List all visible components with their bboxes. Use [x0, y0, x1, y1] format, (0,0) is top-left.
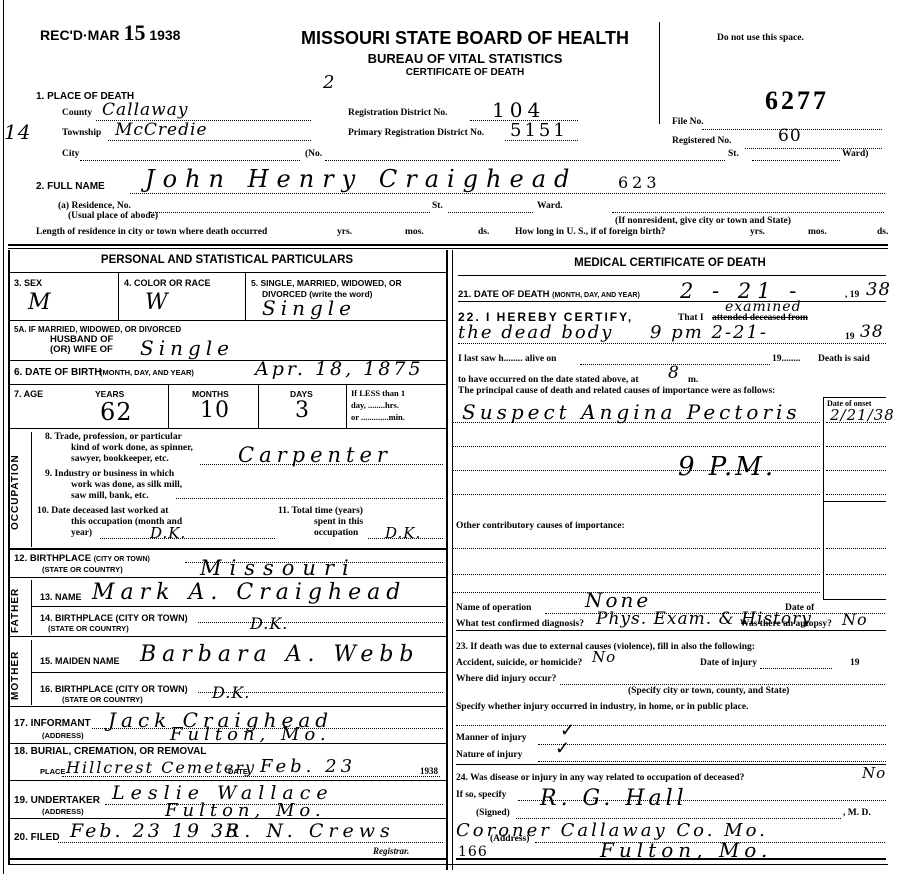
- where-injury-sublabel: (Specify city or town, county, and State…: [628, 686, 789, 696]
- stamp-day: 15: [123, 20, 145, 45]
- filed-date-value[interactable]: Feb. 23 19 38: [70, 820, 241, 842]
- burial-place-label: PLACE: [40, 767, 65, 776]
- certify-century: 19: [845, 332, 855, 342]
- autopsy-label: Was there an autopsy?: [740, 619, 832, 629]
- days-value[interactable]: 3: [295, 398, 310, 423]
- accident-label: Accident, suicide, or homicide?: [456, 658, 582, 668]
- primary-district-label: Primary Registration District No.: [348, 128, 484, 138]
- undertaker-address-label: (ADDRESS): [42, 807, 84, 816]
- signed-label: (Signed): [476, 808, 510, 818]
- father-name-label: 13. NAME: [40, 592, 82, 602]
- date-of-death-century: , 19: [845, 290, 859, 300]
- nature-injury-label: Nature of injury: [456, 750, 522, 760]
- mother-side-label: MOTHER: [10, 645, 21, 705]
- months-value[interactable]: 10: [200, 398, 230, 423]
- trade-label: 8. Trade, profession, or particular kind…: [45, 432, 193, 465]
- address-label: (Address): [490, 834, 529, 844]
- city-st-label: St.: [728, 149, 739, 159]
- principal-cause-label: The principal cause of death and related…: [458, 386, 775, 396]
- mother-maiden-value[interactable]: Barbara A. Webb: [140, 642, 420, 667]
- race-value[interactable]: W: [145, 290, 169, 315]
- burial-label: 18. BURIAL, CREMATION, OR REMOVAL: [14, 746, 206, 757]
- occupation-related-value[interactable]: No: [862, 764, 886, 782]
- total-time-value[interactable]: D.K.: [385, 524, 421, 542]
- mother-birthplace-sublabel: (STATE OR COUNTRY): [62, 695, 143, 704]
- length-yrs-label: yrs.: [337, 227, 352, 237]
- certify-year[interactable]: 38: [860, 322, 884, 342]
- nature-check-icon: ✓: [555, 738, 571, 759]
- margin-note-top: 2: [323, 72, 335, 93]
- foreign-yrs-label: yrs.: [750, 227, 765, 237]
- occupation-related-label: 24. Was disease or injury in any way rel…: [456, 773, 744, 783]
- industry-label: 9. Industry or business in which work wa…: [45, 469, 182, 502]
- dob-sublabel: (MONTH, DAY, AND YEAR): [100, 368, 194, 377]
- registration-district-label: Registration District No.: [348, 108, 447, 118]
- mother-birthplace-value[interactable]: D.K.: [212, 683, 250, 702]
- burial-date-value[interactable]: Feb. 23: [260, 756, 356, 777]
- certify-line2-value[interactable]: the dead body: [458, 322, 613, 343]
- residence-label: (a) Residence, No.: [58, 201, 131, 211]
- stamp-label: REC'D·MAR: [40, 27, 120, 43]
- primary-district-value[interactable]: 5151: [510, 120, 568, 141]
- county-label: County: [62, 108, 92, 118]
- informant-address-label: (ADDRESS): [42, 731, 84, 740]
- filed-label: 20. FILED: [14, 832, 60, 843]
- spouse-label: 5A. IF MARRIED, WIDOWED, OR DIVORCED: [14, 325, 181, 334]
- trade-label-line1: 8. Trade, profession, or particular: [45, 432, 193, 443]
- test-diagnosis-label: What test confirmed diagnosis?: [456, 619, 584, 629]
- spouse-wife-label: (OR) WIFE OF: [50, 344, 113, 355]
- registered-number-value[interactable]: 60: [778, 126, 802, 146]
- county-value[interactable]: Callaway: [102, 100, 188, 120]
- city-label: City: [62, 149, 79, 159]
- length-residence-label: Length of residence in city or town wher…: [36, 227, 267, 237]
- trade-value[interactable]: Carpenter: [238, 443, 392, 467]
- last-worked-line1: 10. Date deceased last worked at: [37, 506, 182, 517]
- page-left-border: [3, 0, 4, 874]
- sex-label: 3. SEX: [14, 278, 42, 288]
- full-name-annotation: 623: [618, 173, 661, 192]
- marital-status-value[interactable]: Single: [262, 296, 356, 320]
- nonresident-note: (If nonresident, give city or town and S…: [615, 216, 791, 226]
- spouse-value[interactable]: Single: [140, 336, 234, 360]
- autopsy-value[interactable]: No: [842, 610, 868, 629]
- occupation-side-label: OCCUPATION: [10, 440, 21, 545]
- burial-year: 1938: [420, 766, 438, 776]
- if-so-specify-label: If so, specify: [456, 790, 506, 800]
- principal-cause-value[interactable]: Suspect Angina Pectoris: [462, 400, 801, 424]
- manner-injury-label: Manner of injury: [456, 733, 527, 743]
- name-section-divider: [8, 244, 888, 246]
- header-divider: [659, 22, 660, 124]
- registered-number-label: Registered No.: [672, 136, 731, 146]
- date-of-death-label: 21. DATE OF DEATH (MONTH, DAY, AND YEAR): [458, 289, 640, 300]
- dob-label: 6. DATE OF BIRTH: [14, 367, 102, 378]
- birthplace-city-sublabel: (CITY OR TOWN): [94, 556, 150, 563]
- date-of-death-sublabel: (MONTH, DAY, AND YEAR): [552, 292, 640, 299]
- injury-year-label: 19: [850, 658, 860, 668]
- bureau-title: BUREAU OF VITAL STATISTICS: [270, 51, 660, 66]
- margin-note-left: 14: [4, 120, 31, 144]
- foreign-birth-label: How long in U. S., if of foreign birth?: [515, 227, 666, 237]
- occurred-label: to have occurred on the date stated abov…: [458, 375, 639, 385]
- received-stamp: REC'D·MAR 15 1938: [40, 20, 180, 46]
- full-name-value[interactable]: John Henry Craighead: [145, 165, 577, 193]
- length-ds-label: ds.: [478, 227, 489, 237]
- physician-signature[interactable]: R. G. Hall: [540, 786, 688, 811]
- less-than-label: If LESS than 1: [351, 388, 405, 398]
- foreign-ds-label: ds.: [877, 227, 888, 237]
- industry-label-line2: work was done, as silk mill,: [45, 480, 182, 491]
- trade-label-line2: kind of work done, as spinner,: [45, 443, 193, 454]
- residence-sublabel: (Usual place of abode): [68, 211, 158, 221]
- accident-value[interactable]: No: [592, 648, 616, 666]
- last-saw-century: 19........: [772, 354, 801, 364]
- registrar-label: Registrar.: [373, 846, 409, 856]
- total-time-label: 11. Total time (years) spent in this occ…: [278, 506, 363, 539]
- md-label: , M. D.: [843, 808, 871, 818]
- township-value[interactable]: McCredie: [115, 120, 208, 140]
- trade-label-line3: sawyer, bookkeeper, etc.: [45, 454, 193, 465]
- do-not-use-note: Do not use this space.: [717, 33, 804, 43]
- registrar-value[interactable]: R. N. Crews: [225, 820, 395, 842]
- occurred-value[interactable]: 8: [668, 363, 680, 383]
- column-divider: [446, 250, 448, 870]
- father-side-label: FATHER: [10, 585, 21, 635]
- township-label: Township: [62, 128, 101, 138]
- total-time-line2: spent in this: [278, 517, 363, 528]
- form-title: MISSOURI STATE BOARD OF HEALTH: [270, 28, 660, 49]
- mother-maiden-label: 15. MAIDEN NAME: [40, 656, 120, 666]
- birthplace-label: 12. BIRTHPLACE (CITY OR TOWN): [14, 553, 150, 564]
- marital-status-label: 5. SINGLE, MARRIED, WIDOWED, OR: [251, 278, 402, 288]
- less-than-hours: day, ........hrs.: [351, 400, 399, 410]
- father-name-value[interactable]: Mark A. Craighead: [92, 580, 406, 605]
- less-than-minutes: or .............min.: [351, 412, 405, 422]
- personal-section-title: PERSONAL AND STATISTICAL PARTICULARS: [8, 254, 446, 266]
- undertaker-label: 19. UNDERTAKER: [14, 795, 100, 806]
- injury-date-label: Date of injury: [700, 658, 757, 668]
- last-saw-label: I last saw h........ alive on: [458, 354, 556, 364]
- father-birthplace-label: 14. BIRTHPLACE (CITY OR TOWN): [40, 613, 188, 623]
- date-of-death-label-text: 21. DATE OF DEATH: [458, 289, 550, 300]
- mother-birthplace-label: 16. BIRTHPLACE (CITY OR TOWN): [40, 684, 188, 694]
- length-mos-label: mos.: [405, 227, 424, 237]
- medical-section-title: MEDICAL CERTIFICATE OF DEATH: [452, 257, 888, 269]
- informant-label: 17. INFORMANT: [14, 718, 91, 729]
- operation-label: Name of operation: [456, 603, 531, 613]
- race-label: 4. COLOR OR RACE: [124, 278, 211, 288]
- informant-address-value[interactable]: Fulton, Mo.: [170, 724, 331, 745]
- father-birthplace-value[interactable]: D.K.: [250, 614, 288, 633]
- file-number-label: File No.: [672, 117, 704, 127]
- stamp-year: 1938: [149, 27, 180, 43]
- death-said-label: Death is said: [818, 354, 870, 364]
- city-number-label: (No.: [305, 149, 322, 159]
- last-worked-value[interactable]: D.K.: [150, 524, 186, 542]
- where-injury-label: Where did injury occur?: [456, 674, 556, 684]
- cause-time-value[interactable]: 9 P.M.: [678, 452, 776, 482]
- father-birthplace-sublabel: (STATE OR COUNTRY): [48, 624, 129, 633]
- foreign-mos-label: mos.: [808, 227, 827, 237]
- certify-time-value[interactable]: 9 pm 2-21-: [650, 322, 768, 343]
- city-ward-label: Ward): [842, 149, 868, 159]
- age-label: 7. AGE: [14, 389, 43, 399]
- residence-st-label: St.: [432, 201, 443, 211]
- residence-ward-label: Ward.: [537, 201, 563, 211]
- total-time-line3: occupation: [278, 528, 363, 539]
- total-time-line1: 11. Total time (years): [278, 506, 363, 517]
- industry-label-line1: 9. Industry or business in which: [45, 469, 182, 480]
- full-name-label: 2. FULL NAME: [36, 181, 105, 192]
- date-of-death-year[interactable]: 38: [866, 279, 891, 300]
- specify-injury-label: Specify whether injury occurred in indus…: [456, 702, 748, 712]
- other-causes-label: Other contributory causes of importance:: [456, 521, 625, 531]
- registration-district-value[interactable]: 104: [492, 98, 545, 122]
- file-number-value: 6277: [765, 86, 829, 116]
- birthplace-state-sublabel: (STATE OR COUNTRY): [42, 565, 123, 574]
- years-value[interactable]: 62: [100, 398, 133, 426]
- industry-label-line3: saw mill, bank, etc.: [45, 491, 182, 502]
- occurred-suffix: m.: [688, 375, 698, 385]
- sex-value[interactable]: M: [28, 290, 52, 315]
- birthplace-label-text: 12. BIRTHPLACE: [14, 553, 91, 564]
- left-box-border: [8, 250, 10, 864]
- burial-date-label: DATE: [228, 767, 248, 776]
- dob-value[interactable]: Apr. 18, 1875: [255, 358, 424, 380]
